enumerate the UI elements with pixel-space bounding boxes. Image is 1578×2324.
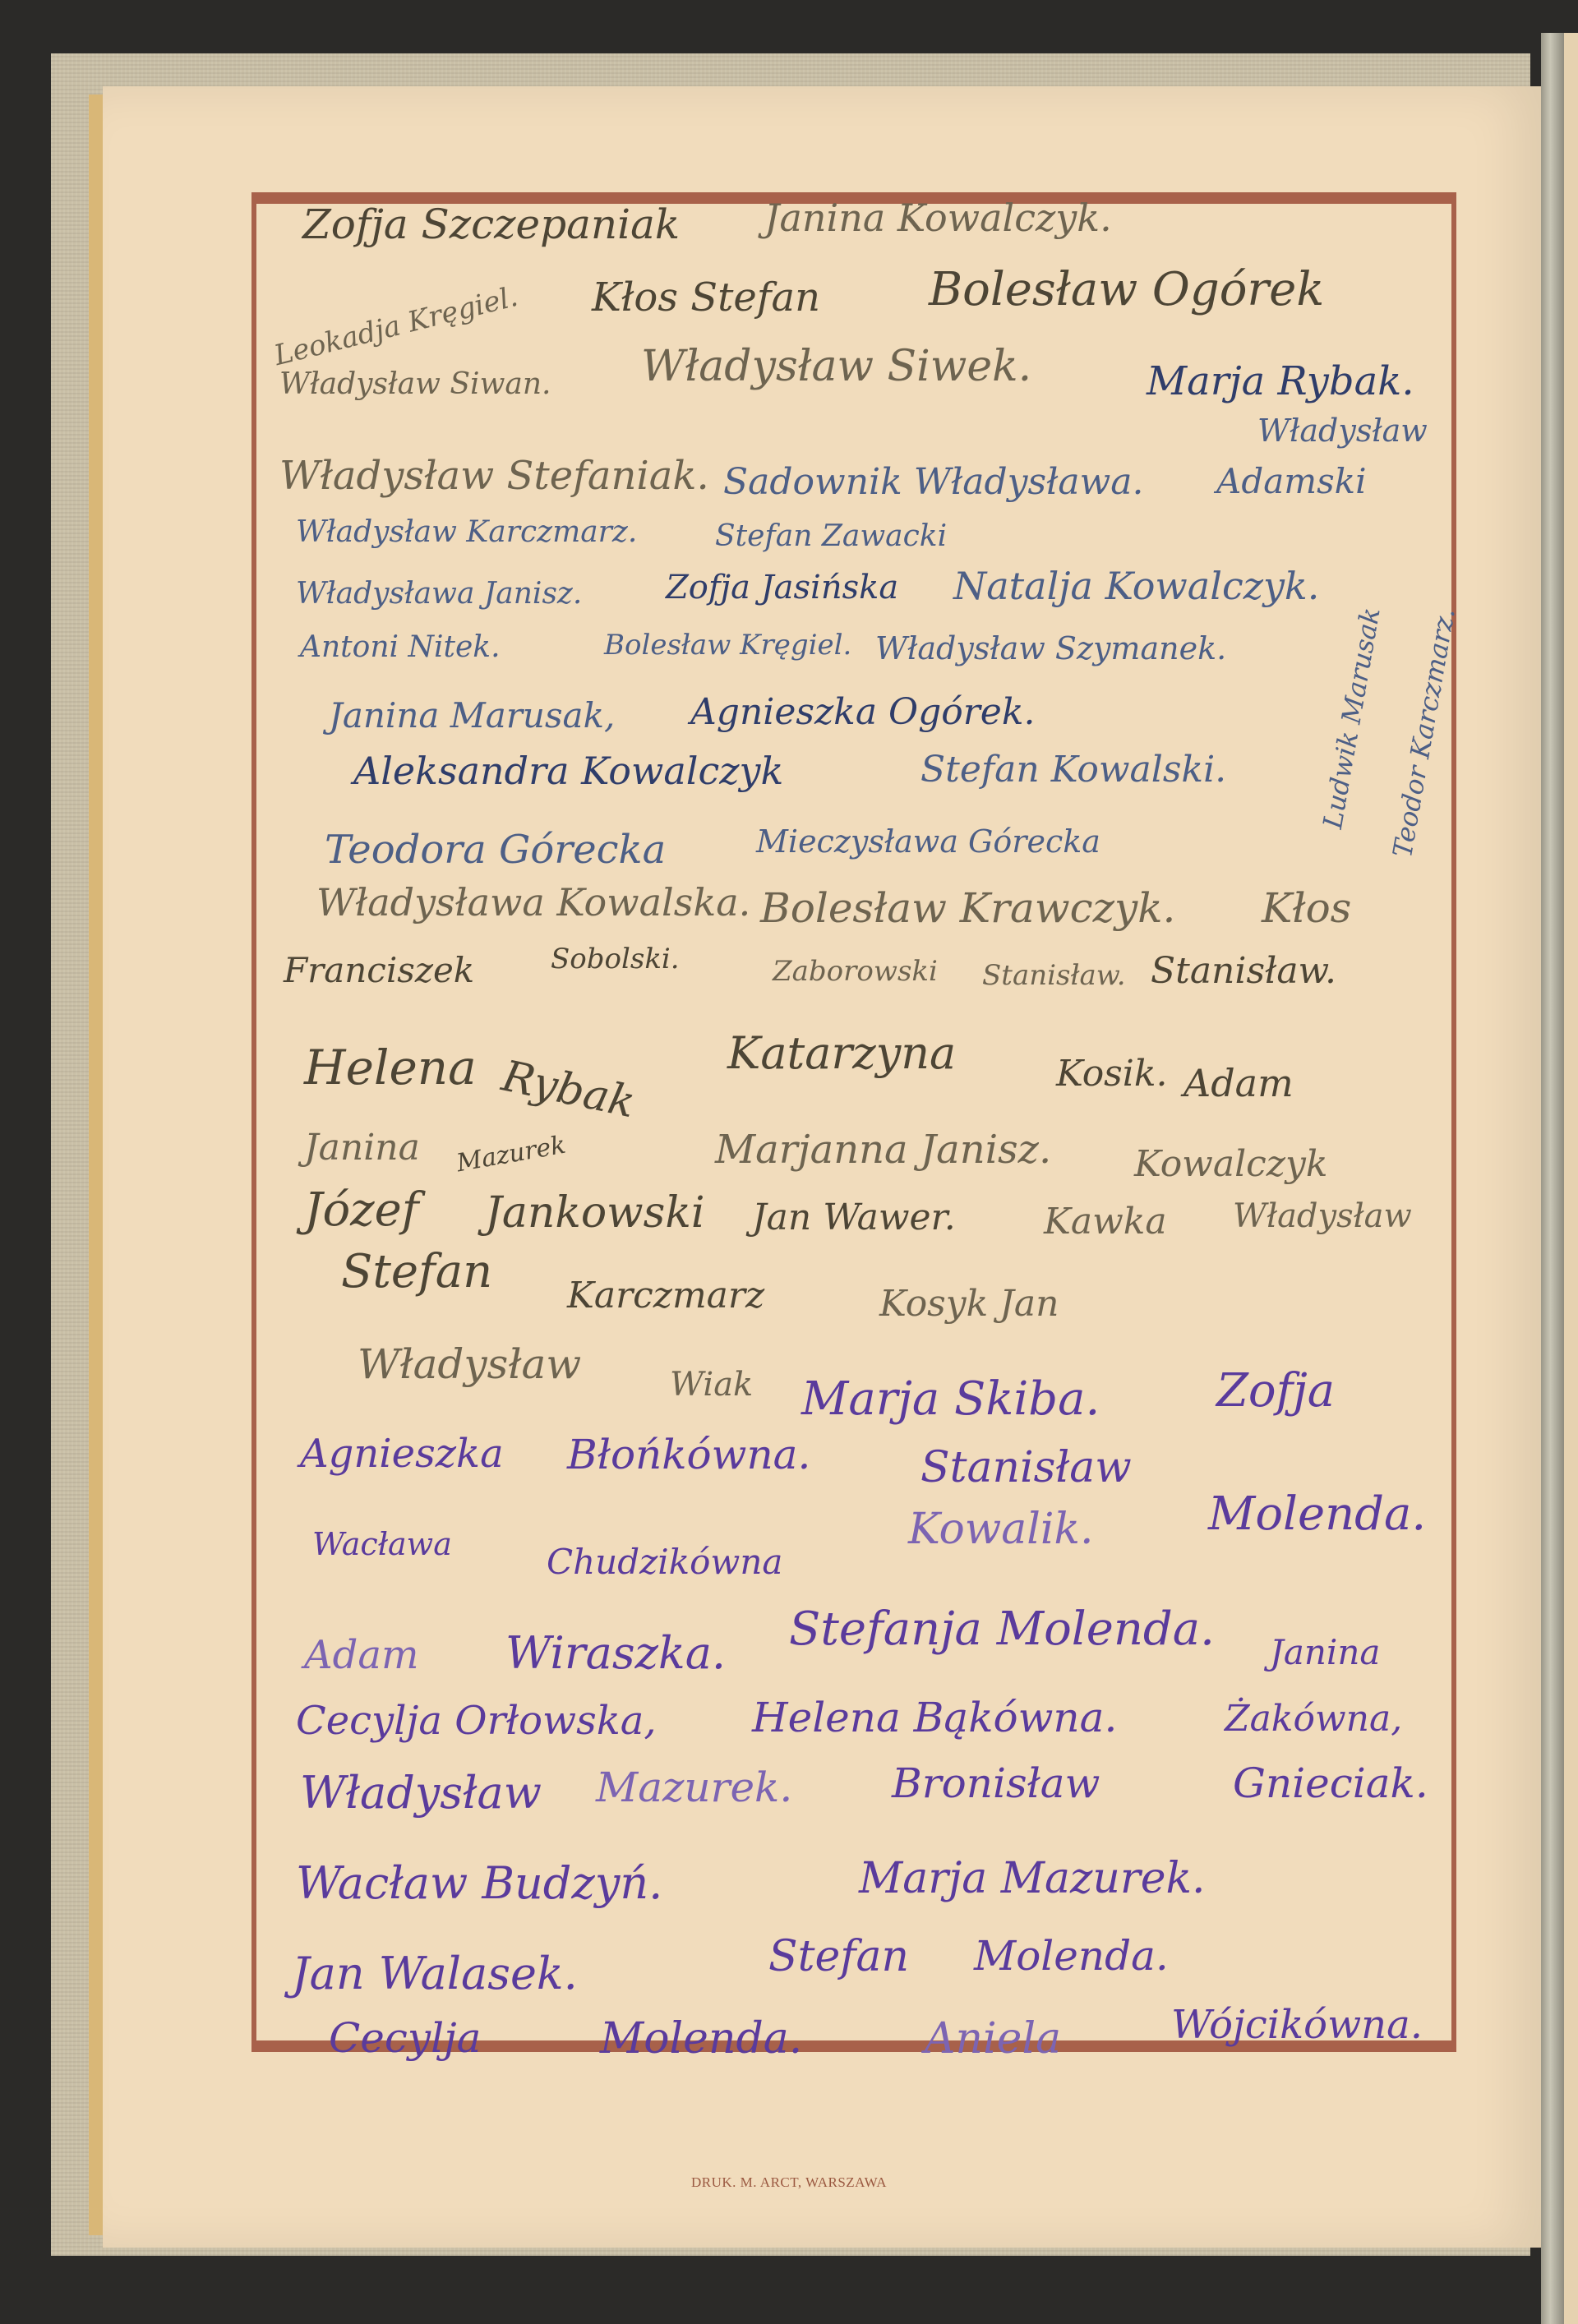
signature: Żakówna, (1225, 1701, 1402, 1737)
signature: Marja Mazurek. (859, 1857, 1206, 1900)
signature: Stefan Zawacki (715, 522, 947, 551)
signature: Chudzikówna (547, 1545, 782, 1579)
signature: Molenda. (600, 2017, 802, 2060)
signature: Władysław Stefaniak. (279, 456, 709, 496)
signature: Janina (1270, 1635, 1380, 1670)
signature: Karczmarz (567, 1278, 764, 1314)
signature: Helena Bąkówna. (752, 1697, 1117, 1738)
signature: Marja Rybak. (1147, 362, 1414, 401)
signature: Cecylja Orłowska, (296, 1701, 657, 1741)
signature: Bolesław Krawczyk. (760, 888, 1175, 929)
signature: Aleksandra Kowalczyk (353, 752, 783, 790)
signature: Kowalik. (908, 1508, 1094, 1551)
signature: Adam (304, 1635, 419, 1675)
signature: Sobolski. (551, 945, 680, 973)
signature: Mazurek (454, 1133, 567, 1177)
signature: Józef (304, 1187, 419, 1233)
signature: Cecylja (329, 2017, 481, 2059)
signature: Władysław Siwan. (279, 370, 551, 399)
signature: Helena (304, 1044, 477, 1091)
signature: Mazurek. (596, 1767, 792, 1808)
signature: Marja Skiba. (801, 1376, 1100, 1423)
signature: Stanisław. (982, 961, 1126, 989)
signature: Teodora Górecka (325, 830, 666, 869)
signature: Stanisław (920, 1446, 1132, 1489)
signature: Rybak (498, 1055, 639, 1125)
signature: Władysław Szymanek. (875, 633, 1226, 664)
signature: Bolesław Kręgiel. (604, 631, 851, 659)
signature: Stefan (768, 1935, 909, 1978)
signature: Kosyk Jan (879, 1286, 1059, 1322)
signature: Zofja Jasińska (666, 571, 898, 604)
signature-vertical: Ludwik Marusak (1319, 606, 1384, 831)
signature: Kłos (1262, 888, 1351, 929)
signature: Zaborowski (773, 957, 938, 985)
signature: Władysława Janisz. (296, 579, 582, 609)
signature: Stefanja Molenda. (789, 1607, 1215, 1653)
signature: Leokadja Kręgiel. (271, 283, 520, 370)
signature: Sadownik Władysława. (723, 464, 1143, 500)
signature: Antoni Nitek. (300, 633, 501, 662)
signature: Bronisław (892, 1763, 1100, 1804)
signature: Kłos Stefan (592, 278, 820, 317)
signature-vertical: Teodor Karczmarz. (1389, 606, 1459, 860)
signature: Władysława Kowalska. (316, 883, 750, 921)
signature: Agnieszka (300, 1434, 504, 1473)
signature: Władysław (1257, 415, 1428, 446)
signature: Molenda. (1208, 1492, 1426, 1538)
signature: Władysław (1233, 1200, 1412, 1233)
signature: Agnieszka Ogórek. (690, 694, 1035, 731)
signature: Gnieciak. (1233, 1763, 1428, 1804)
signature: Janina (304, 1130, 420, 1166)
signature: Molenda. (974, 1935, 1169, 1976)
signature: Władysław (358, 1344, 581, 1385)
signature: Jan Walasek. (292, 1952, 578, 1996)
signature: Kowalczyk (1134, 1146, 1328, 1183)
signature: Wacława (312, 1529, 452, 1560)
signature: Jan Wawer. (752, 1200, 956, 1236)
signature: Kosik. (1056, 1056, 1167, 1092)
signature: Wiraszka. (505, 1631, 726, 1676)
signature-area: Zofja Szczepaniak Janina Kowalczyk. Leok… (0, 0, 1578, 2324)
signature: Adam (1183, 1064, 1294, 1102)
signature: Władysław Siwek. (641, 345, 1031, 388)
signature: Janina Kowalczyk. (764, 199, 1112, 237)
signature: Jankowski (485, 1192, 705, 1234)
signature: Władysław Karczmarz. (296, 518, 637, 547)
signature: Franciszek (284, 953, 474, 988)
signature: Bolesław Ogórek (929, 267, 1324, 313)
signature: Wójcikówna. (1171, 2005, 1423, 2045)
printer-imprint: DRUK. M. ARCT, WARSZAWA (0, 2174, 1578, 2191)
signature: Stefan Kowalski. (920, 752, 1226, 788)
signature: Stefan (341, 1249, 492, 1295)
signature: Błońkówna. (567, 1434, 810, 1475)
signature: Kawka (1044, 1204, 1167, 1240)
signature: Janina Marusak, (329, 699, 615, 733)
signature: Władysław (300, 1771, 542, 1815)
signature: Zofja Szczepaniak (302, 204, 680, 245)
signature: Marjanna Janisz. (715, 1130, 1051, 1169)
signature: Mieczysława Górecka (756, 826, 1100, 857)
signature: Natalja Kowalczyk. (953, 567, 1319, 605)
signature: Stanisław. (1151, 953, 1336, 989)
signature: Aniela (925, 2017, 1061, 2060)
signature: Katarzyna (727, 1031, 956, 1076)
signature: Wiak (670, 1368, 753, 1401)
signature: Wacław Budzyń. (296, 1861, 662, 1906)
signature: Adamski (1216, 464, 1367, 499)
signature: Zofja (1216, 1368, 1335, 1414)
